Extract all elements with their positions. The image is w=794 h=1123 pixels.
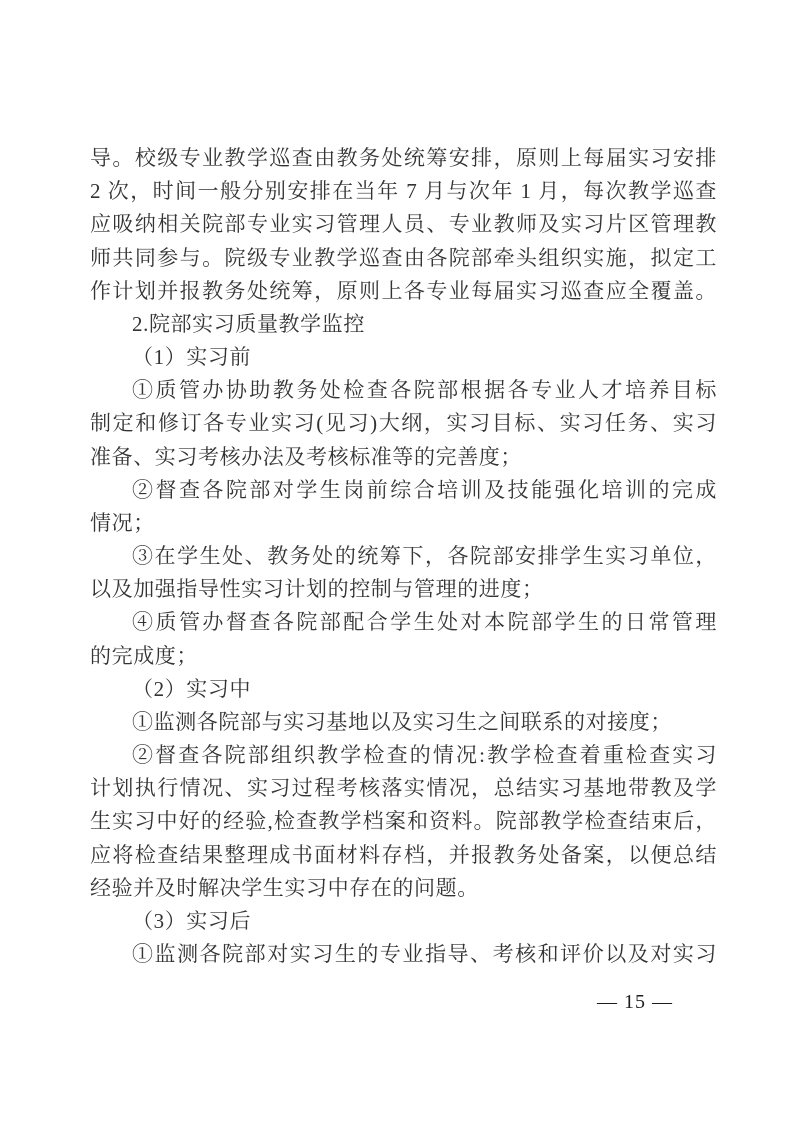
text-line: ②督查各院部对学生岗前综合培训及技能强化培训的完成: [90, 474, 717, 507]
text-line: 的完成度；: [90, 640, 717, 673]
text-line: 师共同参与。院级专业教学巡查由各院部牵头组织实施，拟定工: [90, 242, 717, 275]
text-line: 情况；: [90, 507, 717, 540]
text-line: ②督查各院部组织教学检查的情况:教学检查着重检查实习: [90, 739, 717, 772]
text-line: 2 次，时间一般分别安排在当年 7 月与次年 1 月，每次教学巡查: [90, 175, 717, 208]
text-line: 2.院部实习质量教学监控: [90, 308, 717, 341]
text-line: 准备、实习考核办法及考核标准等的完善度；: [90, 441, 717, 474]
text-line: 导。校级专业教学巡查由教务处统筹安排，原则上每届实习安排: [90, 142, 717, 175]
text-line: 生实习中好的经验,检查教学档案和资料。院部教学检查结束后，: [90, 805, 717, 838]
text-line: ①监测各院部与实习基地以及实习生之间联系的对接度；: [90, 706, 717, 739]
text-line: （2）实习中: [90, 673, 717, 706]
text-line: 作计划并报教务处统筹，原则上各专业每届实习巡查应全覆盖。: [90, 275, 717, 308]
text-line: （1）实习前: [90, 341, 717, 374]
text-line: ①质管办协助教务处检查各院部根据各专业人才培养目标: [90, 374, 717, 407]
text-line: ③在学生处、教务处的统筹下，各院部安排学生实习单位，: [90, 540, 717, 573]
page-number: — 15 —: [560, 987, 710, 1017]
text-line: （3）实习后: [90, 905, 717, 938]
text-line: 计划执行情况、实习过程考核落实情况，总结实习基地带教及学: [90, 772, 717, 805]
text-line: 经验并及时解决学生实习中存在的问题。: [90, 872, 717, 905]
document-page: 导。校级专业教学巡查由教务处统筹安排，原则上每届实习安排2 次，时间一般分别安排…: [0, 0, 794, 1123]
text-line: 制定和修订各专业实习(见习)大纲，实习目标、实习任务、实习: [90, 407, 717, 440]
text-line: 应吸纳相关院部专业实习管理人员、专业教师及实习片区管理教: [90, 208, 717, 241]
text-line: ④质管办督查各院部配合学生处对本院部学生的日常管理: [90, 606, 717, 639]
text-line: 以及加强指导性实习计划的控制与管理的进度；: [90, 573, 717, 606]
text-line: ①监测各院部对实习生的专业指导、考核和评价以及对实习: [90, 938, 717, 971]
body-text: 导。校级专业教学巡查由教务处统筹安排，原则上每届实习安排2 次，时间一般分别安排…: [90, 142, 717, 971]
text-line: 应将检查结果整理成书面材料存档，并报教务处备案，以便总结: [90, 839, 717, 872]
